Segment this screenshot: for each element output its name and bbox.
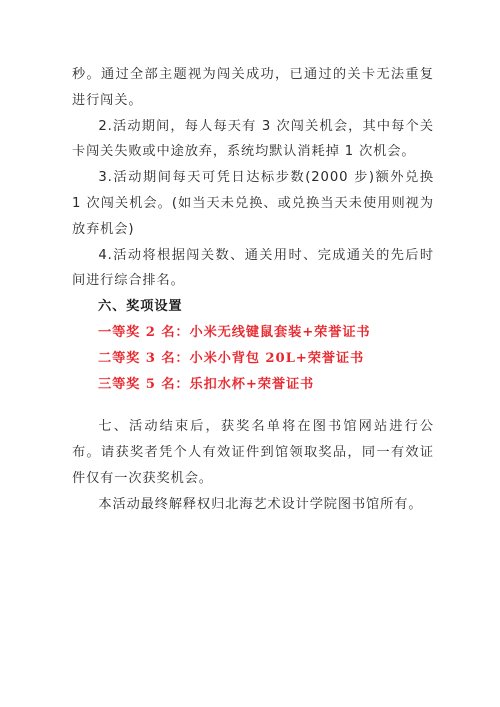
paragraph-rule-3: 3.活动期间每天可凭日达标步数(2000 步)额外兑换 1 次闯关机会。(如当天… xyxy=(72,165,434,242)
prize-second: 二等奖 3 名：小米小背包 20L+荣誉证书 xyxy=(72,346,434,372)
spacer xyxy=(72,397,434,414)
paragraph-rule-2: 2.活动期间，每人每天有 3 次闯关机会，其中每个关卡闯关失败或中途放弃，系统均… xyxy=(72,114,434,166)
paragraph-rule-1-continued: 秒。通过全部主题视为闯关成功，已通过的关卡无法重复进行闯关。 xyxy=(72,62,434,114)
paragraph-rule-4: 4.活动将根据闯关数、通关用时、完成通关的先后时间进行综合排名。 xyxy=(72,243,434,295)
prize-third: 三等奖 5 名：乐扣水杯+荣誉证书 xyxy=(72,372,434,398)
paragraph-section-seven: 七、活动结束后，获奖名单将在图书馆网站进行公布。请获奖者凭个人有效证件到馆领取奖… xyxy=(72,414,434,491)
section-heading-prizes: 六、奖项设置 xyxy=(72,294,434,320)
prize-first: 一等奖 2 名：小米无线键鼠套装+荣誉证书 xyxy=(72,320,434,346)
document-page: 秒。通过全部主题视为闯关成功，已通过的关卡无法重复进行闯关。 2.活动期间，每人… xyxy=(72,62,434,518)
paragraph-final-note: 本活动最终解释权归北海艺术设计学院图书馆所有。 xyxy=(72,492,434,518)
